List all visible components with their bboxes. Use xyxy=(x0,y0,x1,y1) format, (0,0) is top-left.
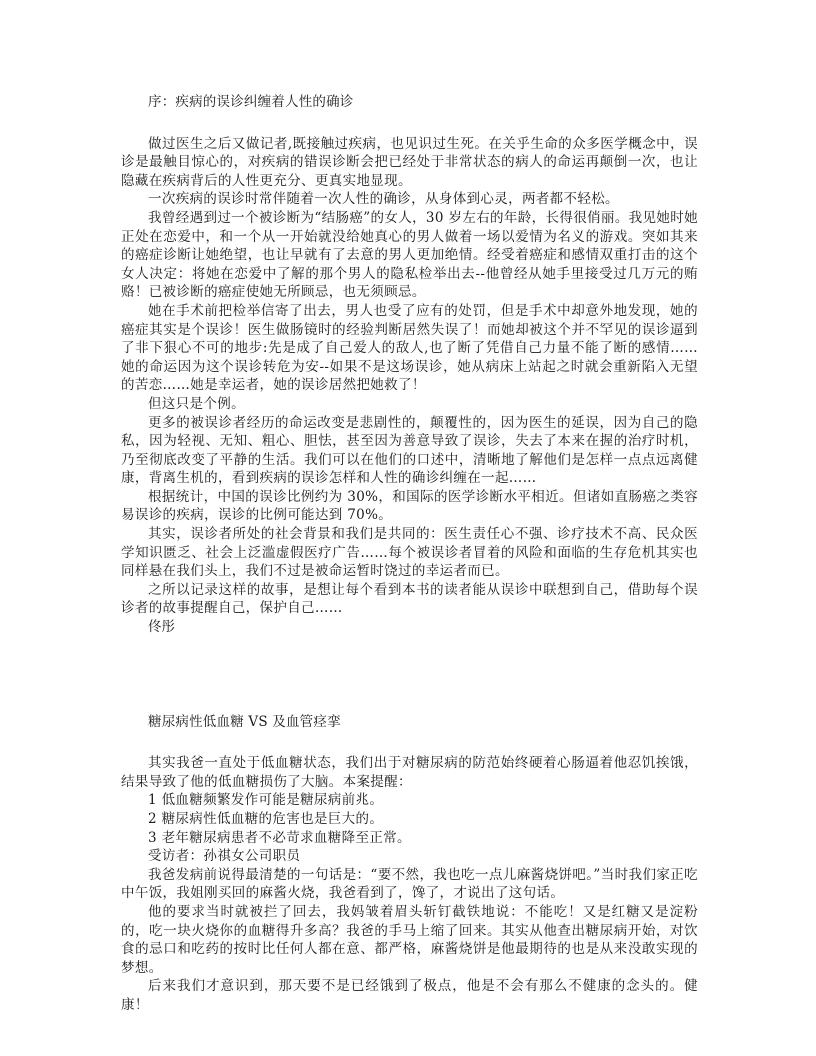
reminder-item: 2 糖尿病性低血糖的危害也是巨大的。 xyxy=(121,810,698,829)
author-signature: 佟彤 xyxy=(121,618,698,637)
paragraph: 她在手术前把检举信寄了出去，男人也受了应有的处罚，但是手术中却意外地发现，她的癌… xyxy=(121,302,698,395)
paragraph: 一次疾病的误诊时常伴随着一次人性的确诊，从身体到心灵，两者都不轻松。 xyxy=(121,190,698,209)
reminder-item: 1 低血糖频繁发作可能是糖尿病前兆。 xyxy=(121,791,698,810)
section-title-diabetic-hypoglycemia: 糖尿病性低血糖 VS 及血管痉挛 xyxy=(121,713,698,732)
paragraph: 更多的被误诊者经历的命运改变是悲剧性的，颠覆性的，因为医生的延误，因为自己的隐私… xyxy=(121,414,698,488)
paragraph: 但这只是个例。 xyxy=(121,395,698,414)
spacer xyxy=(121,112,698,135)
paragraph: 其实，误诊者所处的社会背景和我们是共同的：医生责任心不强、诊疗技术不高、民众医学… xyxy=(121,525,698,581)
document-page: 序：疾病的误诊纠缠着人性的确诊 做过医生之后又做记者,既接触过疾病，也见识过生死… xyxy=(121,93,698,1015)
paragraph: 之所以记录这样的故事，是想让每个看到本书的读者能从误诊中联想到自己，借助每个误诊… xyxy=(121,581,698,618)
intro-paragraph: 其实我爸一直处于低血糖状态，我们出于对糖尿病的防范始终硬着心肠逼着他忍饥挨饿，结… xyxy=(121,754,698,791)
paragraph: 做过医生之后又做记者,既接触过疾病，也见识过生死。在关乎生命的众多医学概念中，误… xyxy=(121,135,698,191)
paragraph: 我曾经遇到过一个被诊断为“结肠癌”的女人，30 岁左右的年龄，长得很俏丽。我见她… xyxy=(121,209,698,302)
paragraph: 后来我们才意识到，那天要不是已经饿到了极点，他是不会有那么不健康的念头的。健康！ xyxy=(121,977,698,1014)
interviewee-label: 受访者：孙祺女公司职员 xyxy=(121,847,698,866)
paragraph: 根据统计，中国的误诊比例约为 30%，和国际的医学诊断水平相近。但诸如直肠癌之类… xyxy=(121,488,698,525)
reminder-item: 3 老年糖尿病患者不必苛求血糖降至正常。 xyxy=(121,829,698,848)
section-spacer xyxy=(121,637,698,713)
spacer xyxy=(121,731,698,754)
paragraph: 我爸发病前说得最清楚的一句话是：“要不然，我也吃一点儿麻酱烧饼吧。”当时我们家正… xyxy=(121,866,698,903)
paragraph: 他的要求当时就被拦了回去，我妈皱着眉头斩钉截铁地说：不能吃！又是红糖又是淀粉的，… xyxy=(121,903,698,977)
section-title-misdiagnosis-preface: 序：疾病的误诊纠缠着人性的确诊 xyxy=(121,93,698,112)
